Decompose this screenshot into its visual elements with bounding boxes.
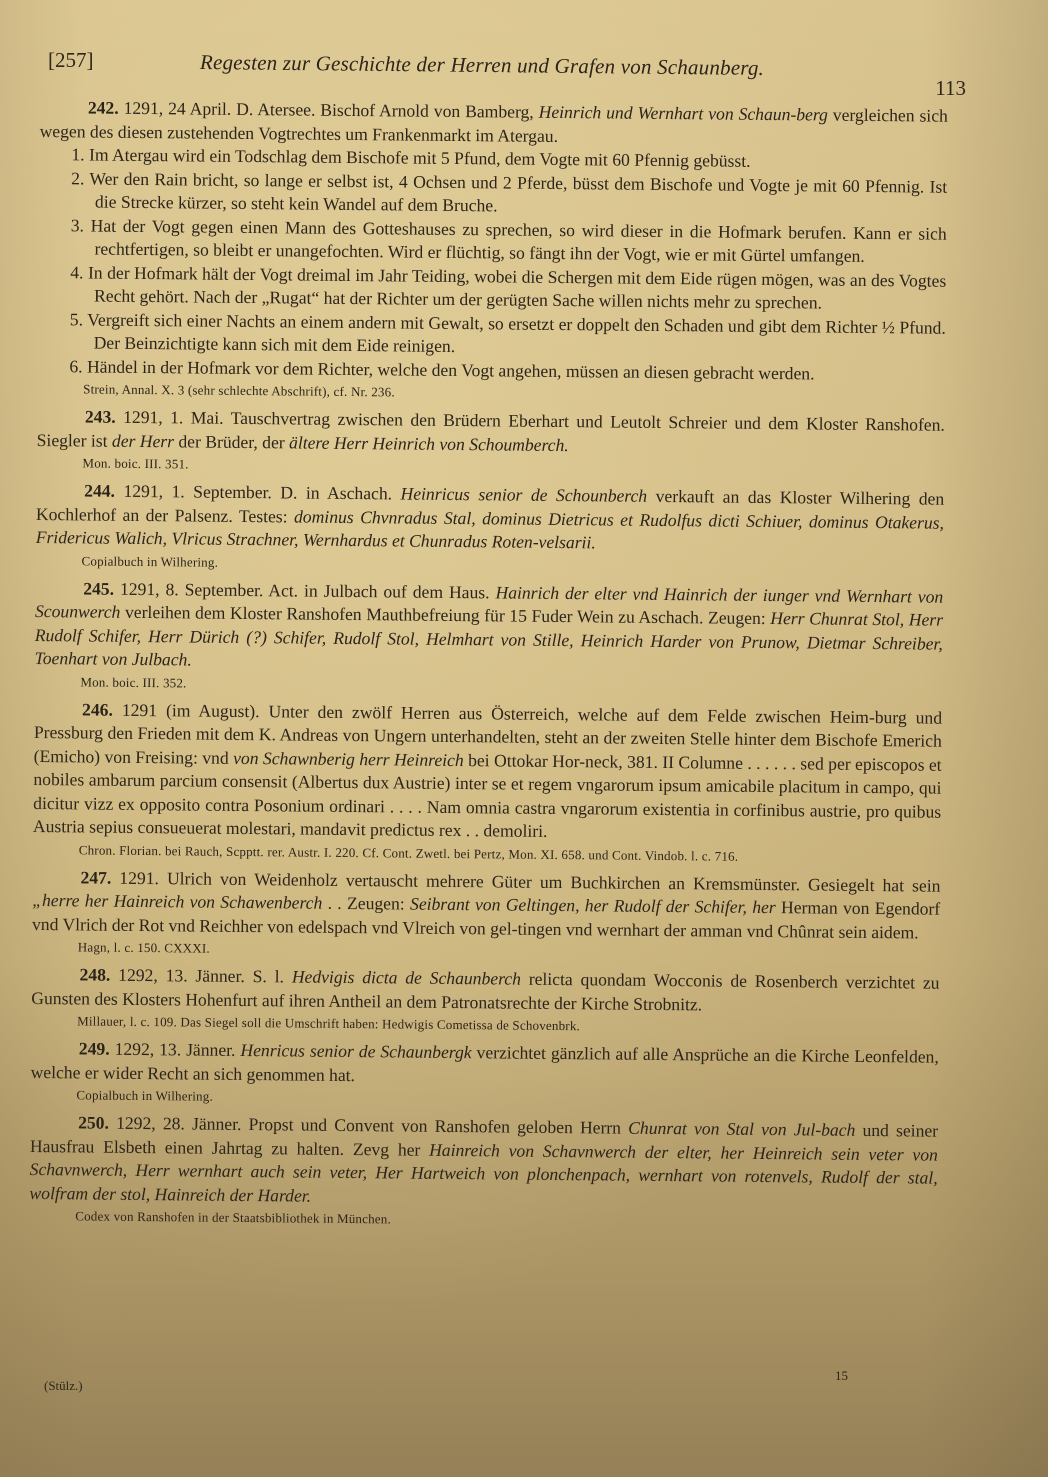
list-item: 2. Wer den Rain bricht, so lange er selb…: [39, 166, 947, 222]
entry-paragraph: 243. 1291, 1. Mai. Tauschvertrag zwische…: [37, 405, 945, 461]
page-number: 113: [935, 76, 966, 101]
regest-entry-244: 244. 1291, 1. September. D. in Aschach. …: [35, 479, 944, 579]
entry-text: der Brüder, der: [178, 431, 284, 452]
entry-paragraph: 244. 1291, 1. September. D. in Aschach. …: [36, 479, 945, 558]
entry-number: 249.: [79, 1038, 110, 1058]
entry-number: 250.: [78, 1112, 109, 1132]
regest-entry-246: 246. 1291 (im August). Unter den zwölf H…: [33, 697, 943, 868]
list-item: 4. In der Hofmark hält der Vogt dreimal …: [38, 260, 946, 316]
regest-entry-247: 247. 1291. Ulrich von Weidenholz vertaus…: [32, 865, 941, 965]
entry-paragraph: 249. 1292, 13. Jänner. Henricus senior d…: [31, 1037, 939, 1093]
regest-entry-249: 249. 1292, 13. Jänner. Henricus senior d…: [30, 1037, 939, 1114]
entry-names-italic: von Schawnberig herr Heinreich: [233, 747, 464, 769]
entry-names-italic: Chunrat von Stal von Jul-bach: [628, 1118, 855, 1140]
entry-text: Propst und Convent von Ranshofen geloben…: [249, 1114, 622, 1138]
bracket-page-number: [257]: [48, 48, 94, 73]
entry-date: 1291 (im August).: [122, 699, 260, 720]
entry-number: 243.: [85, 406, 116, 426]
running-title: Regesten zur Geschichte der Herren und G…: [200, 50, 764, 81]
regest-entry-242: 242. 1291, 24 April. D. Atersee. Bischof…: [37, 96, 948, 408]
sheet-number: 15: [835, 1368, 848, 1384]
entry-names-italic: Henricus senior de Schaunbergk: [240, 1040, 471, 1062]
entry-date: 1292, 13. Jänner.: [115, 1039, 236, 1060]
entry-number: 246.: [82, 699, 113, 719]
regest-entry-250: 250. 1292, 28. Jänner. Propst und Conven…: [29, 1111, 938, 1235]
entry-date: 1292, 13. Jänner. S. l.: [118, 965, 284, 987]
entry-names-italic: Heinrich und Wernhart von Schaun-berg: [539, 102, 828, 125]
entry-names-italic: der Herr: [112, 430, 174, 451]
list-item: 3. Hat der Vogt gegen einen Mann des Got…: [38, 213, 946, 269]
entry-text: . . Zeugen:: [328, 893, 405, 914]
entry-paragraph: 250. 1292, 28. Jänner. Propst und Conven…: [29, 1111, 938, 1214]
regest-entry-243: 243. 1291, 1. Mai. Tauschvertrag zwische…: [36, 405, 945, 482]
entry-number: 247.: [80, 867, 111, 887]
entry-names-italic: ältere Herr Heinrich von Schoumberch.: [289, 432, 569, 455]
book-page: [257] Regesten zur Geschichte der Herren…: [0, 0, 1048, 1477]
entry-number: 244.: [84, 480, 115, 500]
list-item: 5. Vergreift sich einer Nachts an einem …: [38, 307, 946, 363]
entry-date: 1291, 1. September. D. in Aschach.: [123, 481, 392, 504]
entry-names-italic: „herre her Hainreich von Schawenberch: [32, 890, 322, 913]
entry-number: 248.: [79, 964, 110, 984]
entry-date: 1291, 24 April. D. Atersee.: [124, 98, 316, 120]
entry-number: 245.: [83, 578, 114, 598]
entry-names-italic: Seibrant von Geltingen, her Rudolf der S…: [410, 894, 776, 918]
entry-names-italic: Hedvigis dicta de Schaunberch: [292, 966, 521, 988]
entry-number: 242.: [88, 97, 119, 117]
entry-date: 1291.: [119, 867, 159, 887]
entry-paragraph: 247. 1291. Ulrich von Weidenholz vertaus…: [32, 865, 941, 944]
entry-paragraph: 246. 1291 (im August). Unter den zwölf H…: [33, 697, 942, 847]
entry-text: Bischof Arnold von Bamberg,: [320, 100, 534, 122]
page-body: 242. 1291, 24 April. D. Atersee. Bischof…: [29, 96, 948, 1241]
entry-names-italic: Heinricus senior de Schounberch: [400, 483, 647, 505]
entry-paragraph: 245. 1291, 8. September. Act. in Julbach…: [34, 576, 943, 679]
running-head: [257] Regesten zur Geschichte der Herren…: [48, 48, 966, 88]
entry-paragraph: 248. 1292, 13. Jänner. S. l. Hedvigis di…: [31, 963, 939, 1019]
entry-date: 1292, 28. Jänner.: [116, 1113, 241, 1134]
entry-date: 1291, 1. Mai.: [123, 407, 224, 428]
regest-entry-248: 248. 1292, 13. Jänner. S. l. Hedvigis di…: [31, 963, 940, 1040]
entry-date: 1291, 8. September. Act. in Julbach ouf …: [120, 578, 490, 602]
entry-text: verleihen dem Kloster Ranshofen Mauthbef…: [125, 602, 766, 628]
author-signature: (Stülz.): [44, 1378, 83, 1394]
entry-text: Ulrich von Weidenholz vertauscht mehrere…: [167, 868, 941, 895]
regest-entry-245: 245. 1291, 8. September. Act. in Julbach…: [34, 576, 943, 700]
